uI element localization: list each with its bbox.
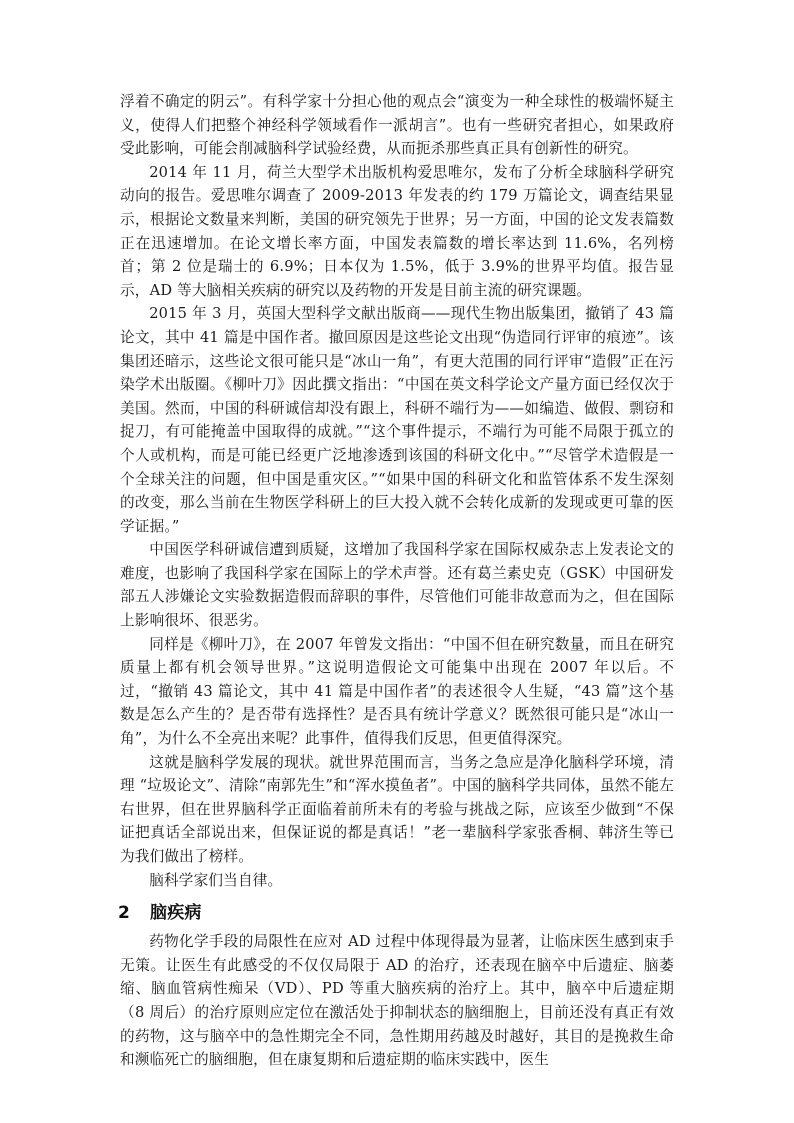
paragraph-7: 脑科学家们当自律。 xyxy=(120,869,674,893)
paragraph-4: 中国医学科研诚信遭到质疑，这增加了我国科学家在国际权威杂志上发表论文的难度，也影… xyxy=(120,538,674,632)
section-heading: 2脑疾病 xyxy=(118,901,674,925)
paragraph-5: 同样是《柳叶刀》，在 2007 年曾发文指出：“中国不但在研究数量，而且在研究质… xyxy=(120,633,674,751)
paragraph-2: 2014 年 11 月，荷兰大型学术出版机构爱思唯尔，发布了分析全球脑科学研究动… xyxy=(120,161,674,303)
document-page: 浮着不确定的阴云”。有科学家十分担心他的观点会“演变为一种全球性的极端怀疑主义，… xyxy=(120,90,674,1072)
paragraph-1: 浮着不确定的阴云”。有科学家十分担心他的观点会“演变为一种全球性的极端怀疑主义，… xyxy=(120,90,674,161)
paragraph-8: 药物化学手段的局限性在应对 AD 过程中体现得最为显著，让临床医生感到束手无策。… xyxy=(120,930,674,1072)
section-title: 脑疾病 xyxy=(150,903,202,923)
paragraph-6: 这就是脑科学发展的现状。就世界范围而言，当务之急应是净化脑科学环境，清理 “垃圾… xyxy=(120,751,674,869)
paragraph-3: 2015 年 3 月，英国大型科学文献出版商——现代生物出版集团，撤销了 43 … xyxy=(120,302,674,538)
section-number: 2 xyxy=(118,901,150,925)
